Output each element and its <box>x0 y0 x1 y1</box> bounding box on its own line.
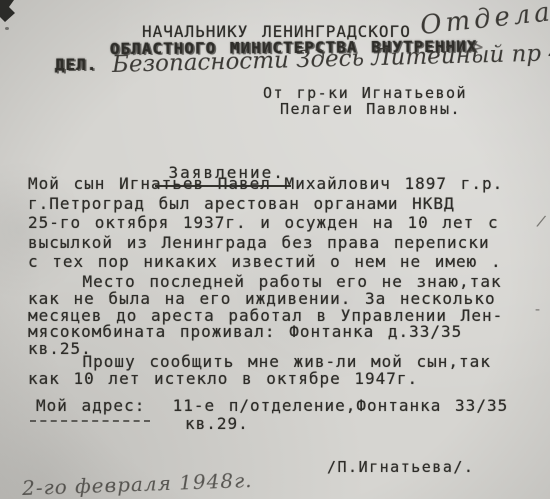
paragraph-1: Мой сын Игнатьев Павел Михайлович 1897 г… <box>28 174 543 272</box>
paragraph-3: Прошу сообщить мне жив-ли мой сын,так ка… <box>28 353 543 387</box>
handwritten-date: 2-го февраля 1948г. <box>22 468 253 499</box>
paragraph-2: Место последней работы его не знаю,так к… <box>28 274 543 358</box>
signature: /П.Игнатьева/. <box>327 458 474 476</box>
address-line1: Мой адрес: 11-е п/отделение,Фонтанка 33/… <box>36 396 508 415</box>
scan-corner-blot <box>0 0 16 24</box>
address-line2: кв.29. <box>185 414 249 433</box>
scanned-document-page: НАЧАЛЬНИКУ ЛЕНИНГРАДСКОГО Отдела ОБЛАСТН… <box>0 0 550 499</box>
sender-line2: Пелагеи Павловны. <box>280 100 461 118</box>
ink-speck <box>5 27 9 30</box>
right-margin-dash-mark: - <box>533 300 542 318</box>
dashed-underline <box>30 420 150 422</box>
addressee-line3-typed: ДЕЛ. <box>55 55 98 74</box>
